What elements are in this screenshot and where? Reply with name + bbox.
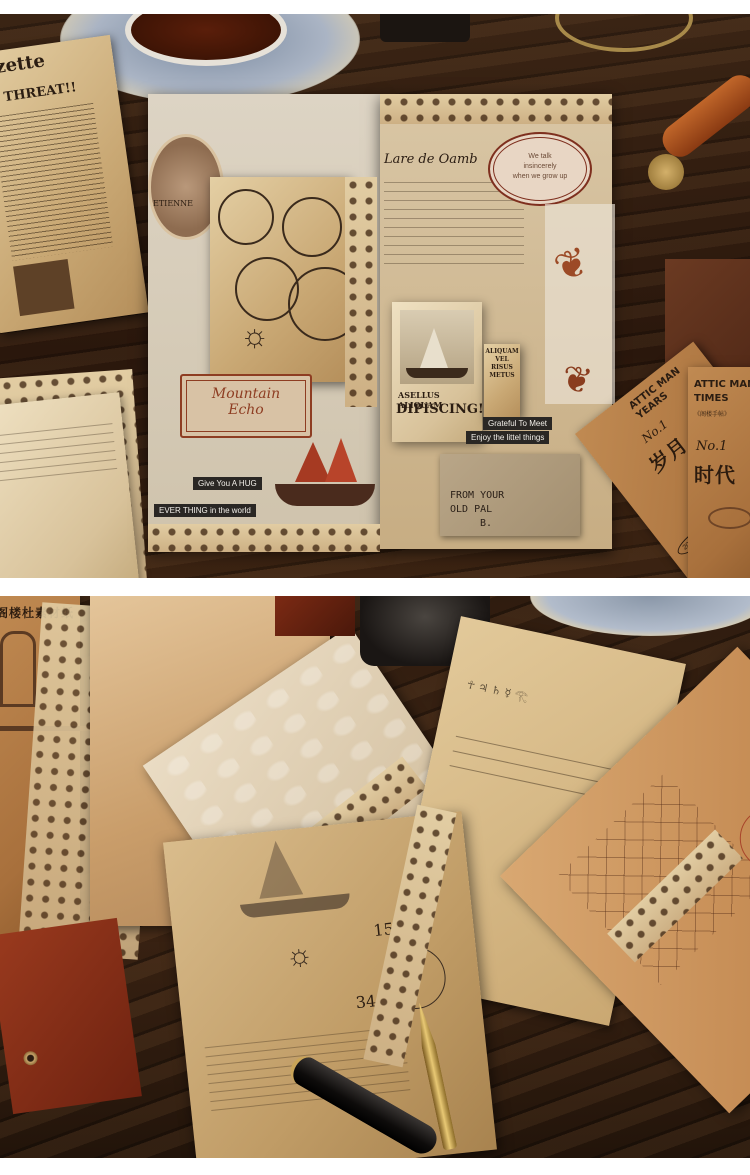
galleon-illustration [234,834,352,925]
red-sail-ship-sticker [265,434,385,514]
oval-stamp-line2: insincerely [490,162,590,172]
kraft-pack-times-number: No.1 [696,439,727,454]
saucer [530,596,750,636]
sun-face-icon: ☼ [240,317,269,354]
tall-ship-illustration [400,310,474,384]
lace-strip-vertical [345,177,377,407]
newspaper-headline: E THREAT!! [0,80,77,107]
oval-quote-stamp: We talk insincerely when we grow up [488,132,592,206]
letter-title: Lare de Oamb [384,152,478,167]
oval-stamp-line3: when we grow up [490,172,590,182]
journal-spread-photo: zzette E THREAT!! ETIENNE ☼ Mountain Ech… [0,14,750,578]
postcard-line2: OLD PAL [450,504,492,515]
lace-paper-front [0,392,140,578]
grommet-icon [23,1050,39,1066]
wax-seal-head [648,154,684,190]
ink-bottle [380,14,470,42]
postcard: FROM YOUR OLD PAL B. [440,454,580,536]
car-ad-line2: VEL RISUS [484,356,520,372]
ship-newspaper-card: ASELLUS ALIQUAM DIPISCING! [392,302,482,442]
tape-label-enjoy: Enjoy the littel things [466,431,549,444]
tape-label-grateful: Grateful To Meet [483,417,552,430]
ship-card-line2: DIPISCING! [396,402,484,417]
car-ad-line3: METUS [484,372,520,380]
kraft-pack-times: ATTIC MAN TIMES 《阁楼手帖》 No.1 时代 [688,367,750,578]
wax-seal-stamp [656,69,750,164]
lace-border-bottom-left [148,524,380,552]
red-leather-book-top [275,596,355,636]
lace-border-top-right [380,94,612,124]
astrology-chart-card: ☼ [210,177,350,382]
kraft-pack-times-line2: TIMES [694,393,729,404]
twine-loop [0,631,36,707]
kraft-pack-times-cn: 时代 [694,459,736,488]
mountain-echo-label: Mountain Echo [180,374,312,438]
postcard-line1: FROM YOUR [450,490,504,501]
newspaper-masthead: zzette [0,50,46,79]
oval-stamp-line1: We talk [490,152,590,162]
postcard-sign: B. [480,518,492,529]
lace-papers-photo: 阁楼杜素材纸 ☥ ♃ ♄ ☿ 𓂀 ☼ 15 34 [0,596,750,1158]
brass-ring [555,14,693,52]
mountain-echo-line2: Echo [182,402,310,418]
red-leather-book [0,918,142,1114]
car-ad-clipping: ALIQUAM VEL RISUS METUS [484,344,520,419]
tape-label-hug: Give You A HUG [193,477,262,490]
kraft-pack-times-subtitle: 《阁楼手帖》 [694,409,730,418]
tape-label-everything: EVER THING in the world [154,504,256,517]
mountain-echo-line1: Mountain [182,386,310,402]
rose-stamp-text: ETIENNE [153,199,193,208]
kraft-pack-times-line1: ATTIC MAN [694,379,750,390]
car-ad-line1: ALIQUAM [484,348,520,356]
sun-face-icon: ☼ [284,938,315,975]
twine-bow [708,507,750,529]
